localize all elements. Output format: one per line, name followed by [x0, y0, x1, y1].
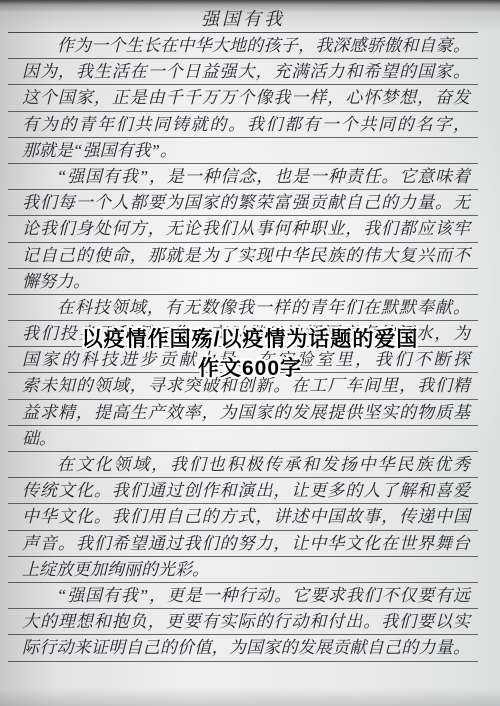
essay-photo: 强国有我 作为一个生长在中华大地的孩子，我深感骄傲和自豪。因为，我生活在一个日益…	[0, 0, 500, 706]
essay-row: 益求精，提高生产效率，为国家的发展提供坚实的物质基	[8, 400, 478, 426]
essay-row: 论我们身处何方，无论我们从事何种职业，我们都应该牢	[8, 216, 478, 242]
essay-row: “强国有我”，更是一种行动。它要求我们不仅要有远	[8, 583, 478, 609]
essay-row: 懈努力。	[8, 269, 478, 295]
essay-row: 这个国家，正是由千千万万个像我一样，心怀梦想，奋发	[8, 85, 478, 111]
essay-row: 础。	[8, 426, 478, 452]
essay-row: 声音。我们希望通过我们的努力，让中华文化在世界舞台	[8, 531, 478, 557]
essay-row: 有为的青年们共同铸就的。我们都有一个共同的名字，	[8, 112, 478, 138]
essay-row: 记自己的使命，那就是为了实现中华民族的伟大复兴而不	[8, 243, 478, 269]
essay-row: 在文化领域，我们也积极传承和发扬中华民族优秀	[8, 452, 478, 478]
essay-row: 作为一个生长在中华大地的孩子，我深感骄傲和自豪。	[8, 33, 478, 59]
essay-row: 我们每一个人都要为国家的繁荣富强贡献自己的力量。无	[8, 190, 478, 216]
essay-row: 大的理想和抱负，更要有实际的行动和付出。我们要以实	[8, 609, 478, 635]
overlay-title-line-2: 作文600字	[0, 354, 500, 383]
essay-row: 传统文化。我们通过创作和演出，让更多的人了解和喜爱	[8, 478, 478, 504]
overlay-title: 以疫情作国殇/以疫情为话题的爱国 作文600字	[0, 325, 500, 383]
essay-row: 那就是“强国有我”。	[8, 138, 478, 164]
essay-row: 因为，我生活在一个日益强大，充满活力和希望的国家。	[8, 59, 478, 85]
essay-row: “强国有我”，是一种信念，也是一种责任。它意味着	[8, 164, 478, 190]
essay-row: 上绽放更加绚丽的光彩。	[8, 557, 478, 583]
essay-row: 际行动来证明自己的价值，为国家的发展贡献自己的力量。	[8, 635, 478, 661]
essay-title: 强国有我	[8, 6, 478, 33]
essay-row: 在科技领域，有无数像我一样的青年们在默默奉献。	[8, 295, 478, 321]
essay-row: 中华文化。我们用自己的方式，讲述中国故事，传递中国	[8, 504, 478, 530]
overlay-title-line-1: 以疫情作国殇/以疫情为话题的爱国	[0, 325, 500, 354]
